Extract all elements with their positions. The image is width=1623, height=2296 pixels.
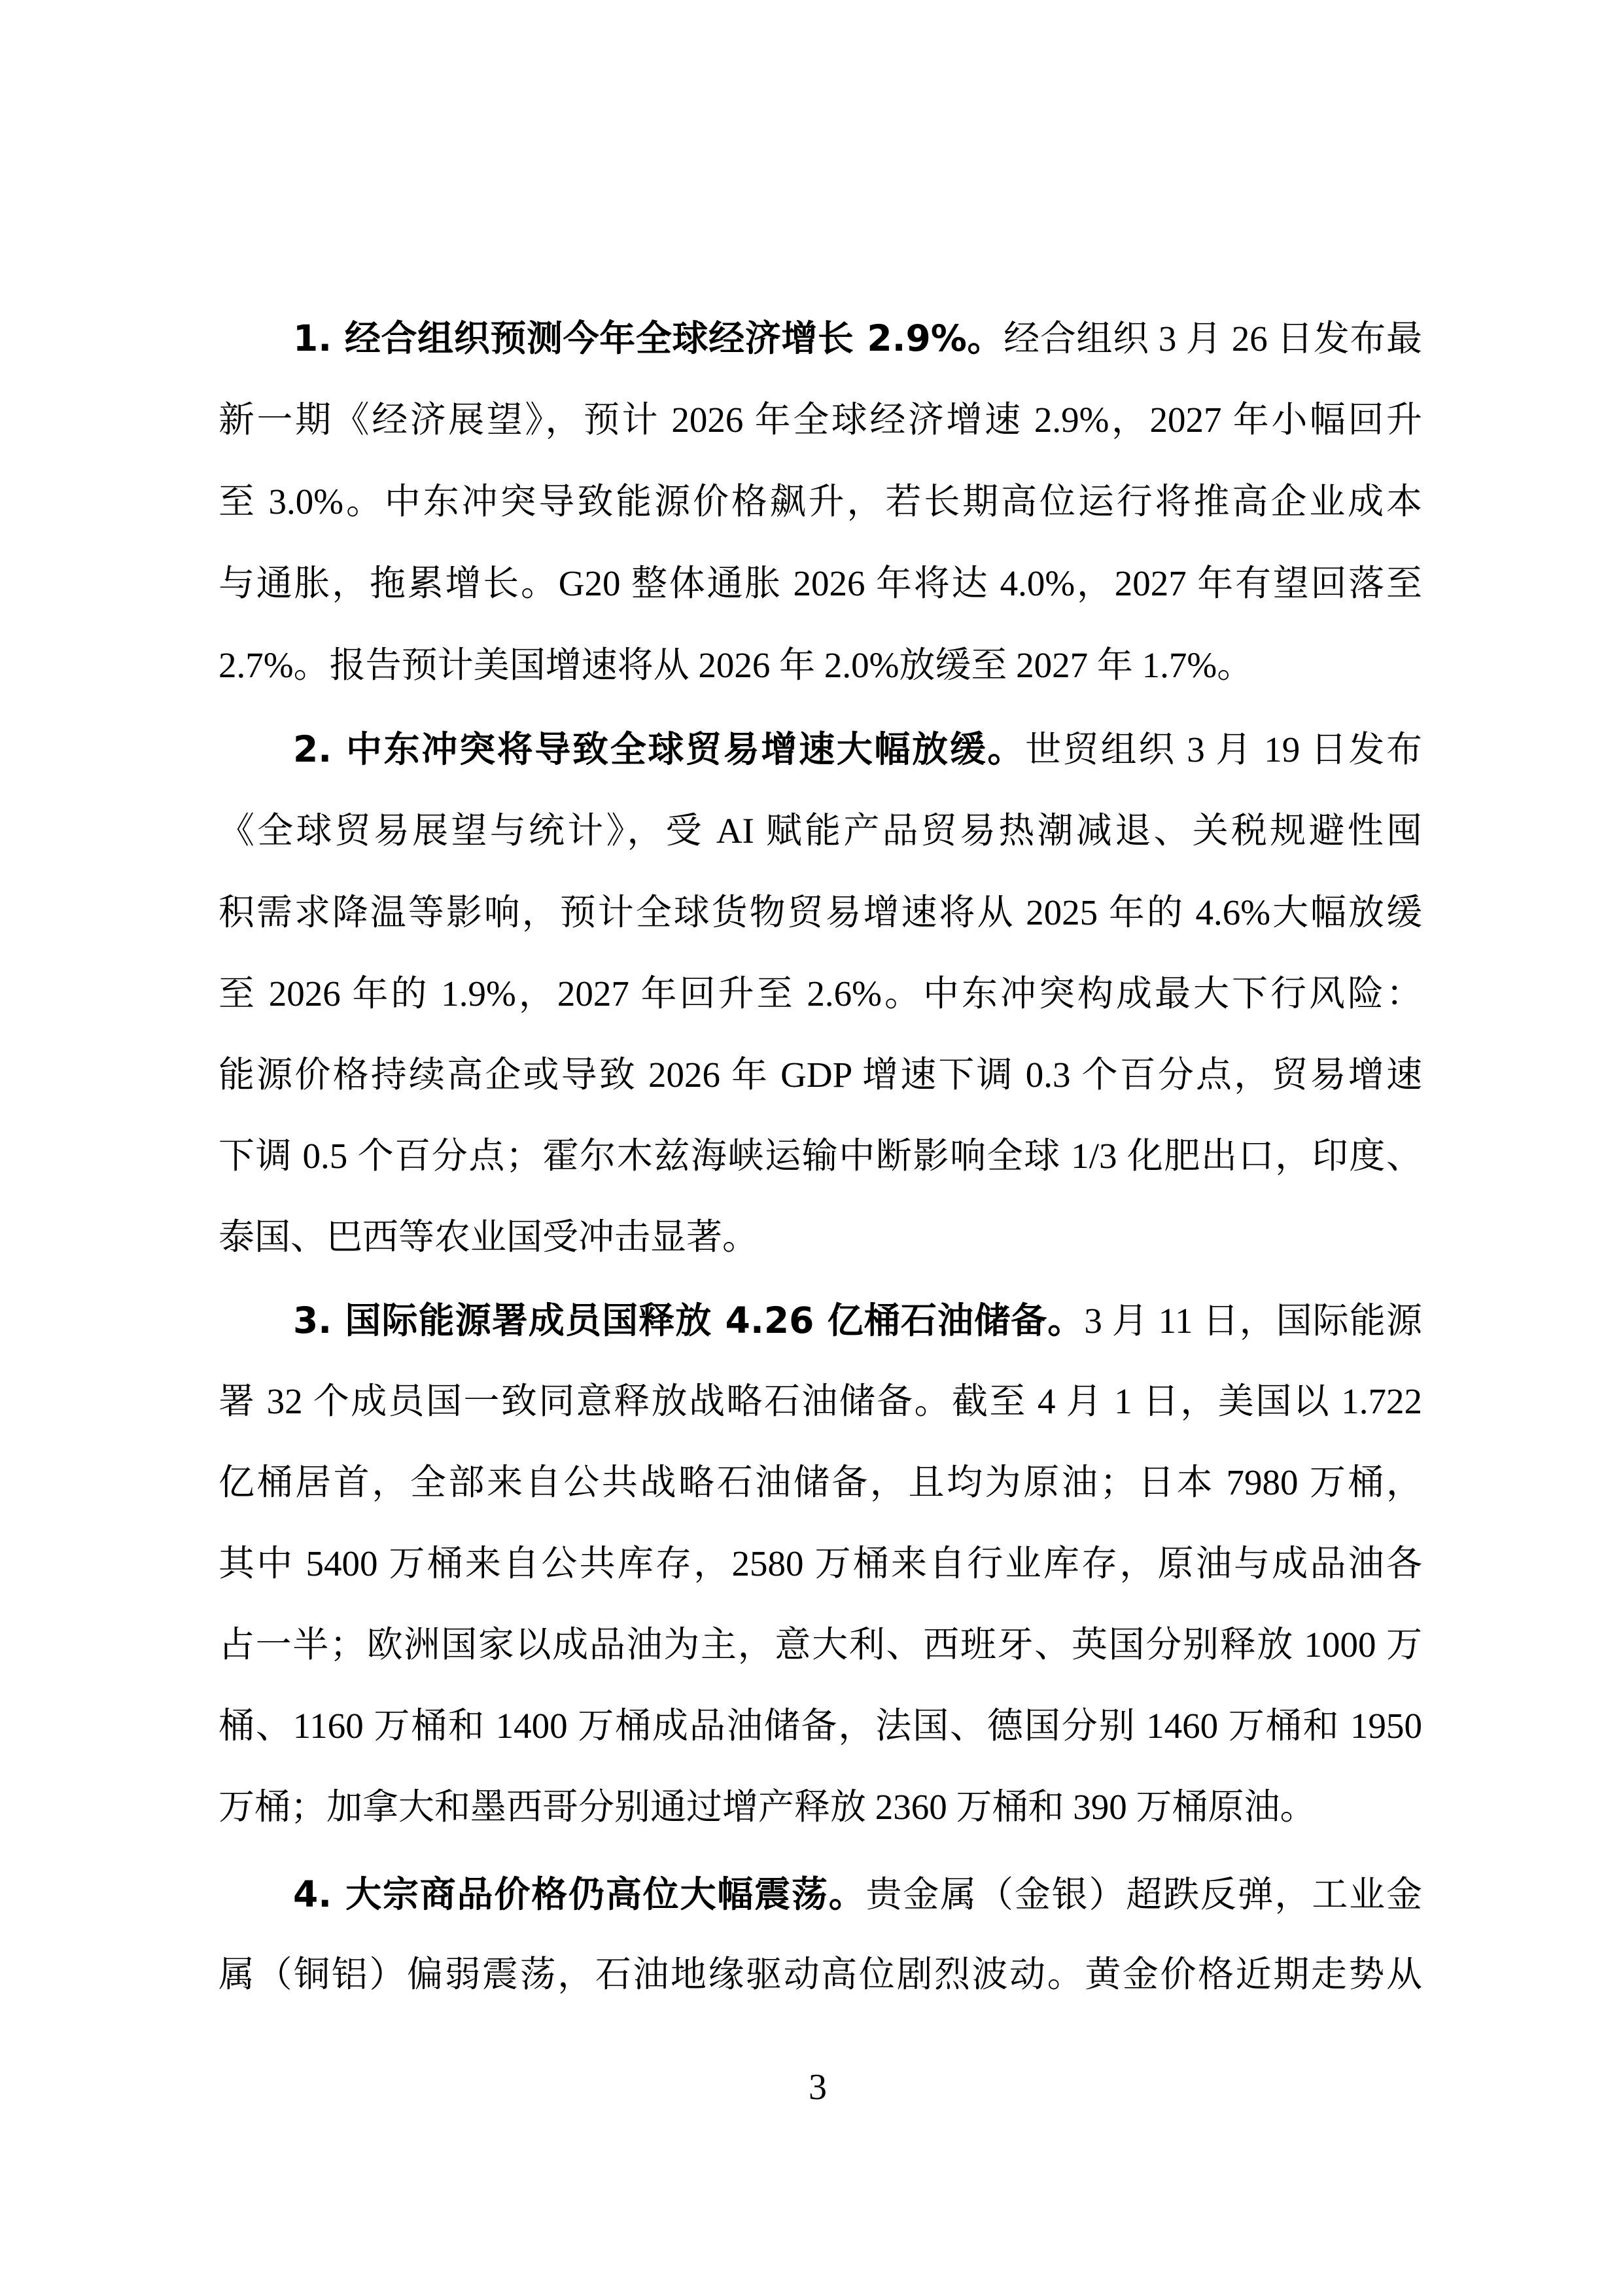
paragraph-2-line-5: 能源价格持续高企或导致 2026 年 GDP 增速下调 0.3 个百分点，贸易增… — [218, 1052, 1422, 1098]
paragraph-3-line-7: 万桶；加拿大和墨西哥分别通过增产释放 2360 万桶和 390 万桶原油。 — [218, 1784, 1422, 1830]
paragraph-2-heading: 2. 中东冲突将导致全球贸易增速大幅放缓。 — [293, 728, 1025, 770]
paragraph-4-text: 贵金属（金银）超跌反弹，工业金 — [866, 1875, 1422, 1915]
paragraph-1-text: 经合组织 3 月 26 日发布最 — [1003, 319, 1422, 359]
paragraph-3-line-1: 3. 国际能源署成员国释放 4.26 亿桶石油储备。3 月 11 日，国际能源 — [293, 1298, 1422, 1343]
paragraph-2-line-7: 泰国、巴西等农业国受冲击显著。 — [218, 1214, 1422, 1260]
paragraph-2-line-4: 至 2026 年的 1.9%，2027 年回升至 2.6%。中东冲突构成最大下行… — [218, 971, 1422, 1017]
paragraph-2-text: 世贸组织 3 月 19 日发布 — [1025, 730, 1422, 769]
document-page: 1. 经合组织预测今年全球经济增长 2.9%。经合组织 3 月 26 日发布最 … — [0, 0, 1623, 2296]
paragraph-3-heading: 3. 国际能源署成员国释放 4.26 亿桶石油储备。 — [293, 1299, 1084, 1341]
page-number: 3 — [785, 2068, 850, 2107]
paragraph-1-line-1: 1. 经合组织预测今年全球经济增长 2.9%。经合组织 3 月 26 日发布最 — [293, 315, 1422, 361]
paragraph-1-line-5: 2.7%。报告预计美国增速将从 2026 年 2.0%放缓至 2027 年 1.… — [218, 643, 1422, 688]
paragraph-1-line-2: 新一期《经济展望》，预计 2026 年全球经济增速 2.9%，2027 年小幅回… — [218, 397, 1422, 443]
paragraph-3-line-6: 桶、1160 万桶和 1400 万桶成品油储备，法国、德国分别 1460 万桶和… — [218, 1703, 1422, 1749]
paragraph-3-line-5: 占一半；欧洲国家以成品油为主，意大利、西班牙、英国分别释放 1000 万 — [218, 1622, 1422, 1668]
paragraph-1-line-3: 至 3.0%。中东冲突导致能源价格飙升，若长期高位运行将推高企业成本 — [218, 479, 1422, 525]
paragraph-4-line-1: 4. 大宗商品价格仍高位大幅震荡。贵金属（金银）超跌反弹，工业金 — [293, 1871, 1422, 1917]
paragraph-1-heading: 1. 经合组织预测今年全球经济增长 2.9%。 — [293, 317, 1003, 359]
paragraph-2-line-2: 《全球贸易展望与统计》，受 AI 赋能产品贸易热潮减退、关税规避性囤 — [218, 808, 1422, 854]
paragraph-2-line-1: 2. 中东冲突将导致全球贸易增速大幅放缓。世贸组织 3 月 19 日发布 — [293, 726, 1422, 772]
paragraph-1-line-4: 与通胀，拖累增长。G20 整体通胀 2026 年将达 4.0%，2027 年有望… — [218, 561, 1422, 607]
paragraph-3-text: 3 月 11 日，国际能源 — [1084, 1301, 1422, 1341]
paragraph-3-line-4: 其中 5400 万桶来自公共库存，2580 万桶来自行业库存，原油与成品油各 — [218, 1541, 1422, 1587]
paragraph-3-line-3: 亿桶居首，全部来自公共战略石油储备，且均为原油；日本 7980 万桶， — [218, 1460, 1422, 1506]
paragraph-4-heading: 4. 大宗商品价格仍高位大幅震荡。 — [293, 1873, 866, 1915]
paragraph-3-line-2: 署 32 个成员国一致同意释放战略石油储备。截至 4 月 1 日，美国以 1.7… — [218, 1379, 1422, 1424]
paragraph-2-line-3: 积需求降温等影响，预计全球货物贸易增速将从 2025 年的 4.6%大幅放缓 — [218, 890, 1422, 936]
paragraph-2-line-6: 下调 0.5 个百分点；霍尔木兹海峡运输中断影响全球 1/3 化肥出口，印度、 — [218, 1133, 1422, 1179]
paragraph-4-line-2: 属（铜铝）偏弱震荡，石油地缘驱动高位剧烈波动。黄金价格近期走势从 — [218, 1952, 1422, 1998]
